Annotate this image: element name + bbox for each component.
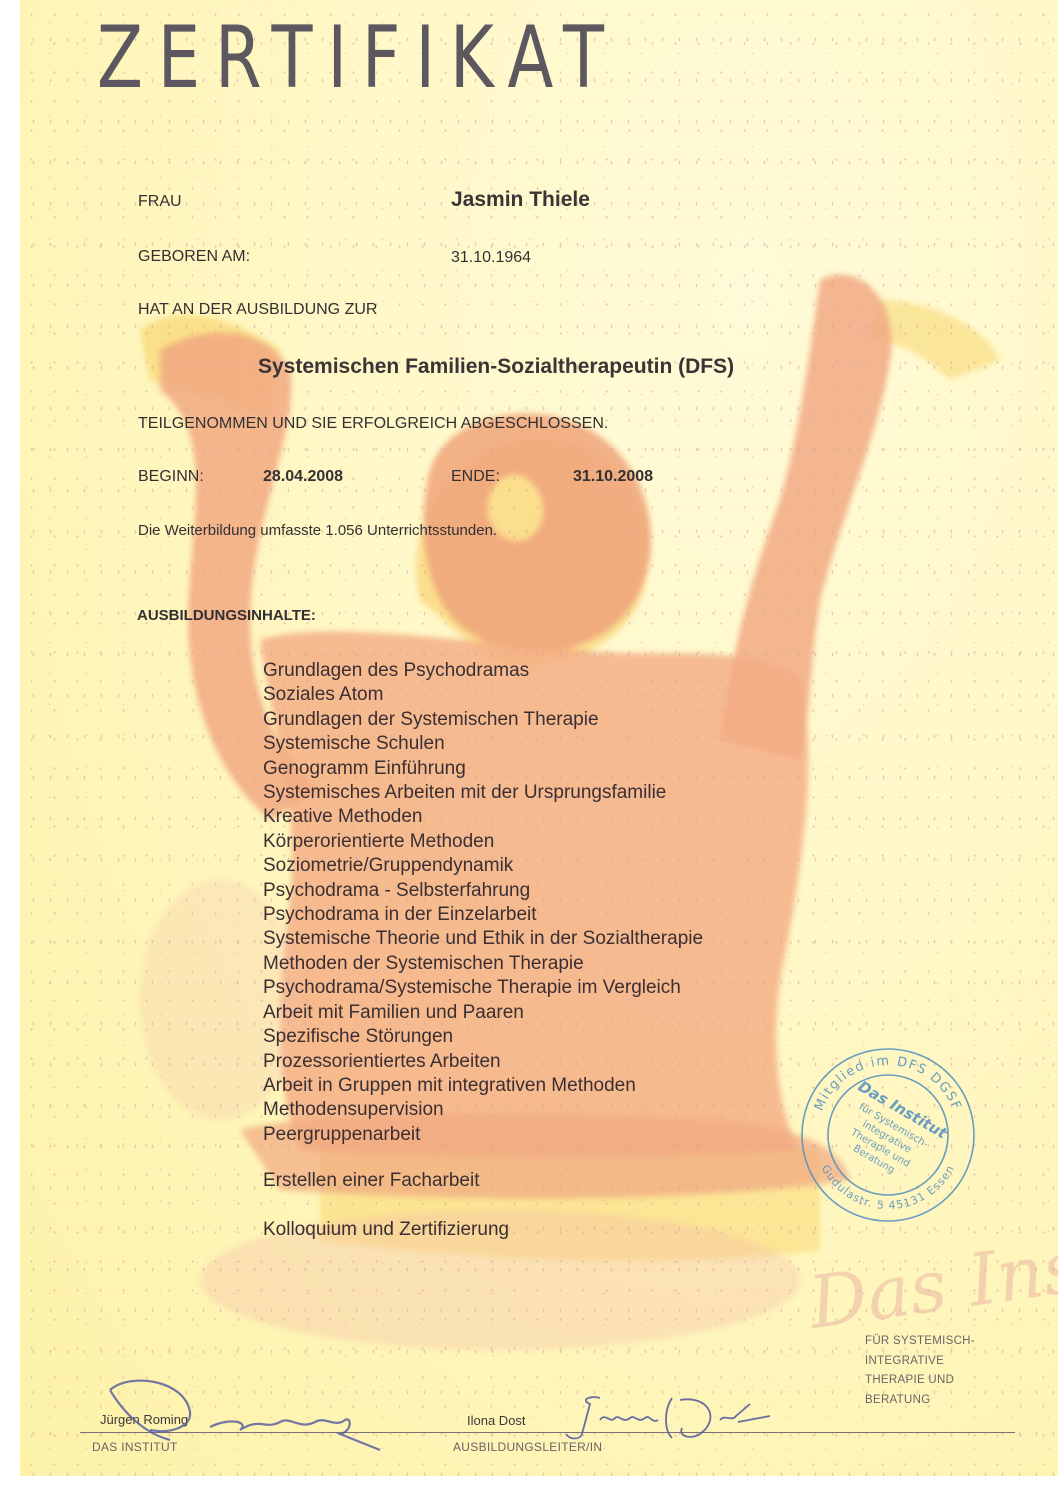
list-item: Psychodrama/Systemische Therapie im Verg… bbox=[263, 976, 703, 1000]
list-item: Grundlagen des Psychodramas bbox=[263, 659, 703, 683]
birth-date-label: GEBOREN AM: bbox=[138, 248, 250, 266]
list-item: Arbeit in Gruppen mit integrativen Metho… bbox=[263, 1074, 703, 1098]
list-item: Psychodrama in der Einzelarbeit bbox=[263, 903, 703, 927]
recipient-name: Jasmin Thiele bbox=[451, 188, 590, 212]
list-item: Soziometrie/Gruppendynamik bbox=[263, 854, 703, 878]
end-label: ENDE: bbox=[451, 468, 500, 486]
list-item: Methodensupervision bbox=[263, 1098, 703, 1122]
start-label: BEGINN: bbox=[138, 468, 204, 486]
signature-dost bbox=[560, 1390, 790, 1445]
completion-text: TEILGENOMMEN UND SIE ERFOLGREICH ABGESCH… bbox=[138, 415, 608, 433]
training-contents-list: Grundlagen des Psychodramas Soziales Ato… bbox=[263, 659, 703, 1147]
intro-text: HAT AN DER AUSBILDUNG ZUR bbox=[138, 301, 377, 319]
start-date: 28.04.2008 bbox=[263, 468, 343, 486]
list-item: Körperorientierte Methoden bbox=[263, 830, 703, 854]
salutation-label: FRAU bbox=[138, 193, 182, 211]
list-item: Systemische Theorie und Ethik in der Soz… bbox=[263, 927, 703, 951]
certificate-title: ZERTIFIKAT bbox=[97, 8, 619, 108]
institute-line: THERAPIE UND bbox=[865, 1371, 975, 1391]
list-item: Soziales Atom bbox=[263, 683, 703, 707]
institute-line: BERATUNG bbox=[865, 1391, 975, 1411]
list-item: Spezifische Störungen bbox=[263, 1025, 703, 1049]
list-item: Genogramm Einführung bbox=[263, 757, 703, 781]
institute-stamp: Mitglied im DFS DGSF Gudulastr. 5 45131 … bbox=[796, 1043, 980, 1227]
list-item: Systemisches Arbeiten mit der Ursprungsf… bbox=[263, 781, 703, 805]
thesis-text: Erstellen einer Facharbeit bbox=[263, 1170, 480, 1192]
signature-roming bbox=[90, 1372, 390, 1457]
institute-address-block: FÜR SYSTEMISCH- INTEGRATIVE THERAPIE UND… bbox=[865, 1332, 975, 1410]
right-signer-name: Ilona Dost bbox=[467, 1413, 526, 1428]
colloquium-text: Kolloquium und Zertifizierung bbox=[263, 1219, 509, 1241]
list-item: Kreative Methoden bbox=[263, 805, 703, 829]
list-item: Psychodrama - Selbsterfahrung bbox=[263, 879, 703, 903]
birth-date-value: 31.10.1964 bbox=[451, 249, 531, 267]
list-item: Arbeit mit Familien und Paaren bbox=[263, 1001, 703, 1025]
hours-text: Die Weiterbildung umfasste 1.056 Unterri… bbox=[138, 522, 497, 539]
list-item: Peergruppenarbeit bbox=[263, 1123, 703, 1147]
list-item: Grundlagen der Systemischen Therapie bbox=[263, 708, 703, 732]
institute-line: INTEGRATIVE bbox=[865, 1352, 975, 1372]
course-title: Systemischen Familien-Sozialtherapeutin … bbox=[258, 355, 734, 379]
certificate-page: Das Institut ZERTIFIKAT FRAU Jasmin Thie… bbox=[20, 0, 1058, 1476]
list-item: Methoden der Systemischen Therapie bbox=[263, 952, 703, 976]
list-item: Prozessorientiertes Arbeiten bbox=[263, 1050, 703, 1074]
contents-heading: AUSBILDUNGSINHALTE: bbox=[137, 607, 316, 624]
institute-line: FÜR SYSTEMISCH- bbox=[865, 1332, 975, 1352]
end-date: 31.10.2008 bbox=[573, 468, 653, 486]
list-item: Systemische Schulen bbox=[263, 732, 703, 756]
